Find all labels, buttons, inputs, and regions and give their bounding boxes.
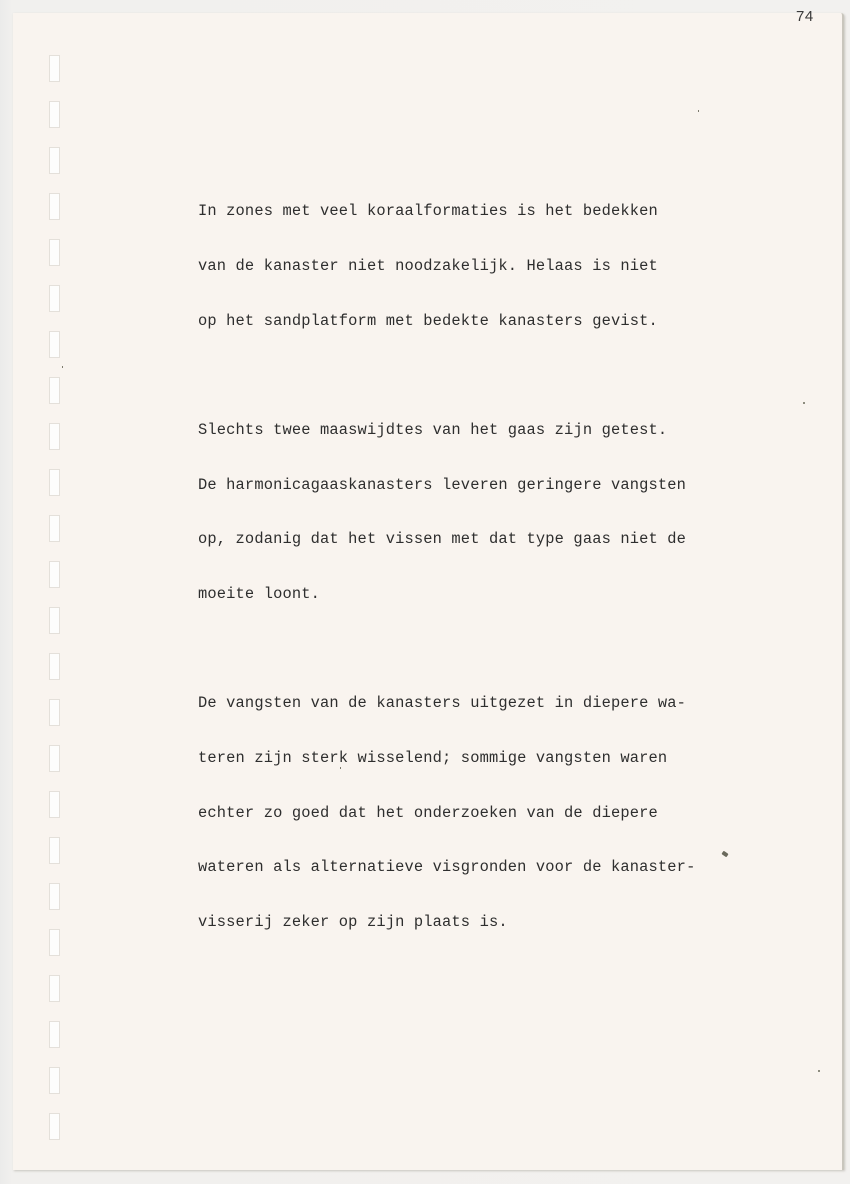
- punch-hole: [49, 837, 60, 864]
- punch-hole: [49, 285, 60, 312]
- punch-hole: [49, 1021, 60, 1048]
- text-line: op het sandplatform met bedekte kanaster…: [198, 312, 778, 330]
- text-line: moeite loont.: [198, 585, 778, 603]
- punch-hole: [49, 55, 60, 82]
- paragraph-mesh-sizes: Slechts twee maaswijdtes van het gaas zi…: [198, 385, 778, 640]
- punch-hole: [49, 1113, 60, 1140]
- punch-hole: [49, 745, 60, 772]
- punch-hole: [49, 561, 60, 588]
- paragraph-coral-zones: In zones met veel koraalformaties is het…: [198, 166, 778, 366]
- punch-hole: [49, 239, 60, 266]
- text-line: teren zijn sterk wisselend; sommige vang…: [198, 749, 778, 767]
- paragraph-deeper-waters: De vangsten van de kanasters uitgezet in…: [198, 658, 778, 967]
- text-line: De vangsten van de kanasters uitgezet in…: [198, 694, 778, 712]
- text-line: In zones met veel koraalformaties is het…: [198, 202, 778, 220]
- punch-hole: [49, 653, 60, 680]
- binding-punch-holes: [49, 55, 63, 1165]
- dust-speck: [62, 366, 63, 368]
- document-body: In zones met veel koraalformaties is het…: [198, 166, 778, 986]
- text-line: van de kanaster niet noodzakelijk. Helaa…: [198, 257, 778, 275]
- dust-speck: [818, 1070, 820, 1072]
- punch-hole: [49, 469, 60, 496]
- punch-hole: [49, 331, 60, 358]
- dust-speck: [340, 767, 341, 769]
- punch-hole: [49, 193, 60, 220]
- text-line: De harmonicagaaskanasters leveren gering…: [198, 476, 778, 494]
- dust-speck: [698, 110, 699, 112]
- text-line: op, zodanig dat het vissen met dat type …: [198, 530, 778, 548]
- dust-speck: [803, 402, 805, 404]
- text-line: wateren als alternatieve visgronden voor…: [198, 858, 778, 876]
- text-line: Slechts twee maaswijdtes van het gaas zi…: [198, 421, 778, 439]
- page-number: 74: [796, 8, 814, 25]
- punch-hole: [49, 607, 60, 634]
- punch-hole: [49, 423, 60, 450]
- punch-hole: [49, 791, 60, 818]
- punch-hole: [49, 929, 60, 956]
- text-line: visserij zeker op zijn plaats is.: [198, 913, 778, 931]
- punch-hole: [49, 515, 60, 542]
- punch-hole: [49, 883, 60, 910]
- punch-hole: [49, 699, 60, 726]
- punch-hole: [49, 975, 60, 1002]
- punch-hole: [49, 1067, 60, 1094]
- text-line: echter zo goed dat het onderzoeken van d…: [198, 804, 778, 822]
- punch-hole: [49, 101, 60, 128]
- punch-hole: [49, 377, 60, 404]
- punch-hole: [49, 147, 60, 174]
